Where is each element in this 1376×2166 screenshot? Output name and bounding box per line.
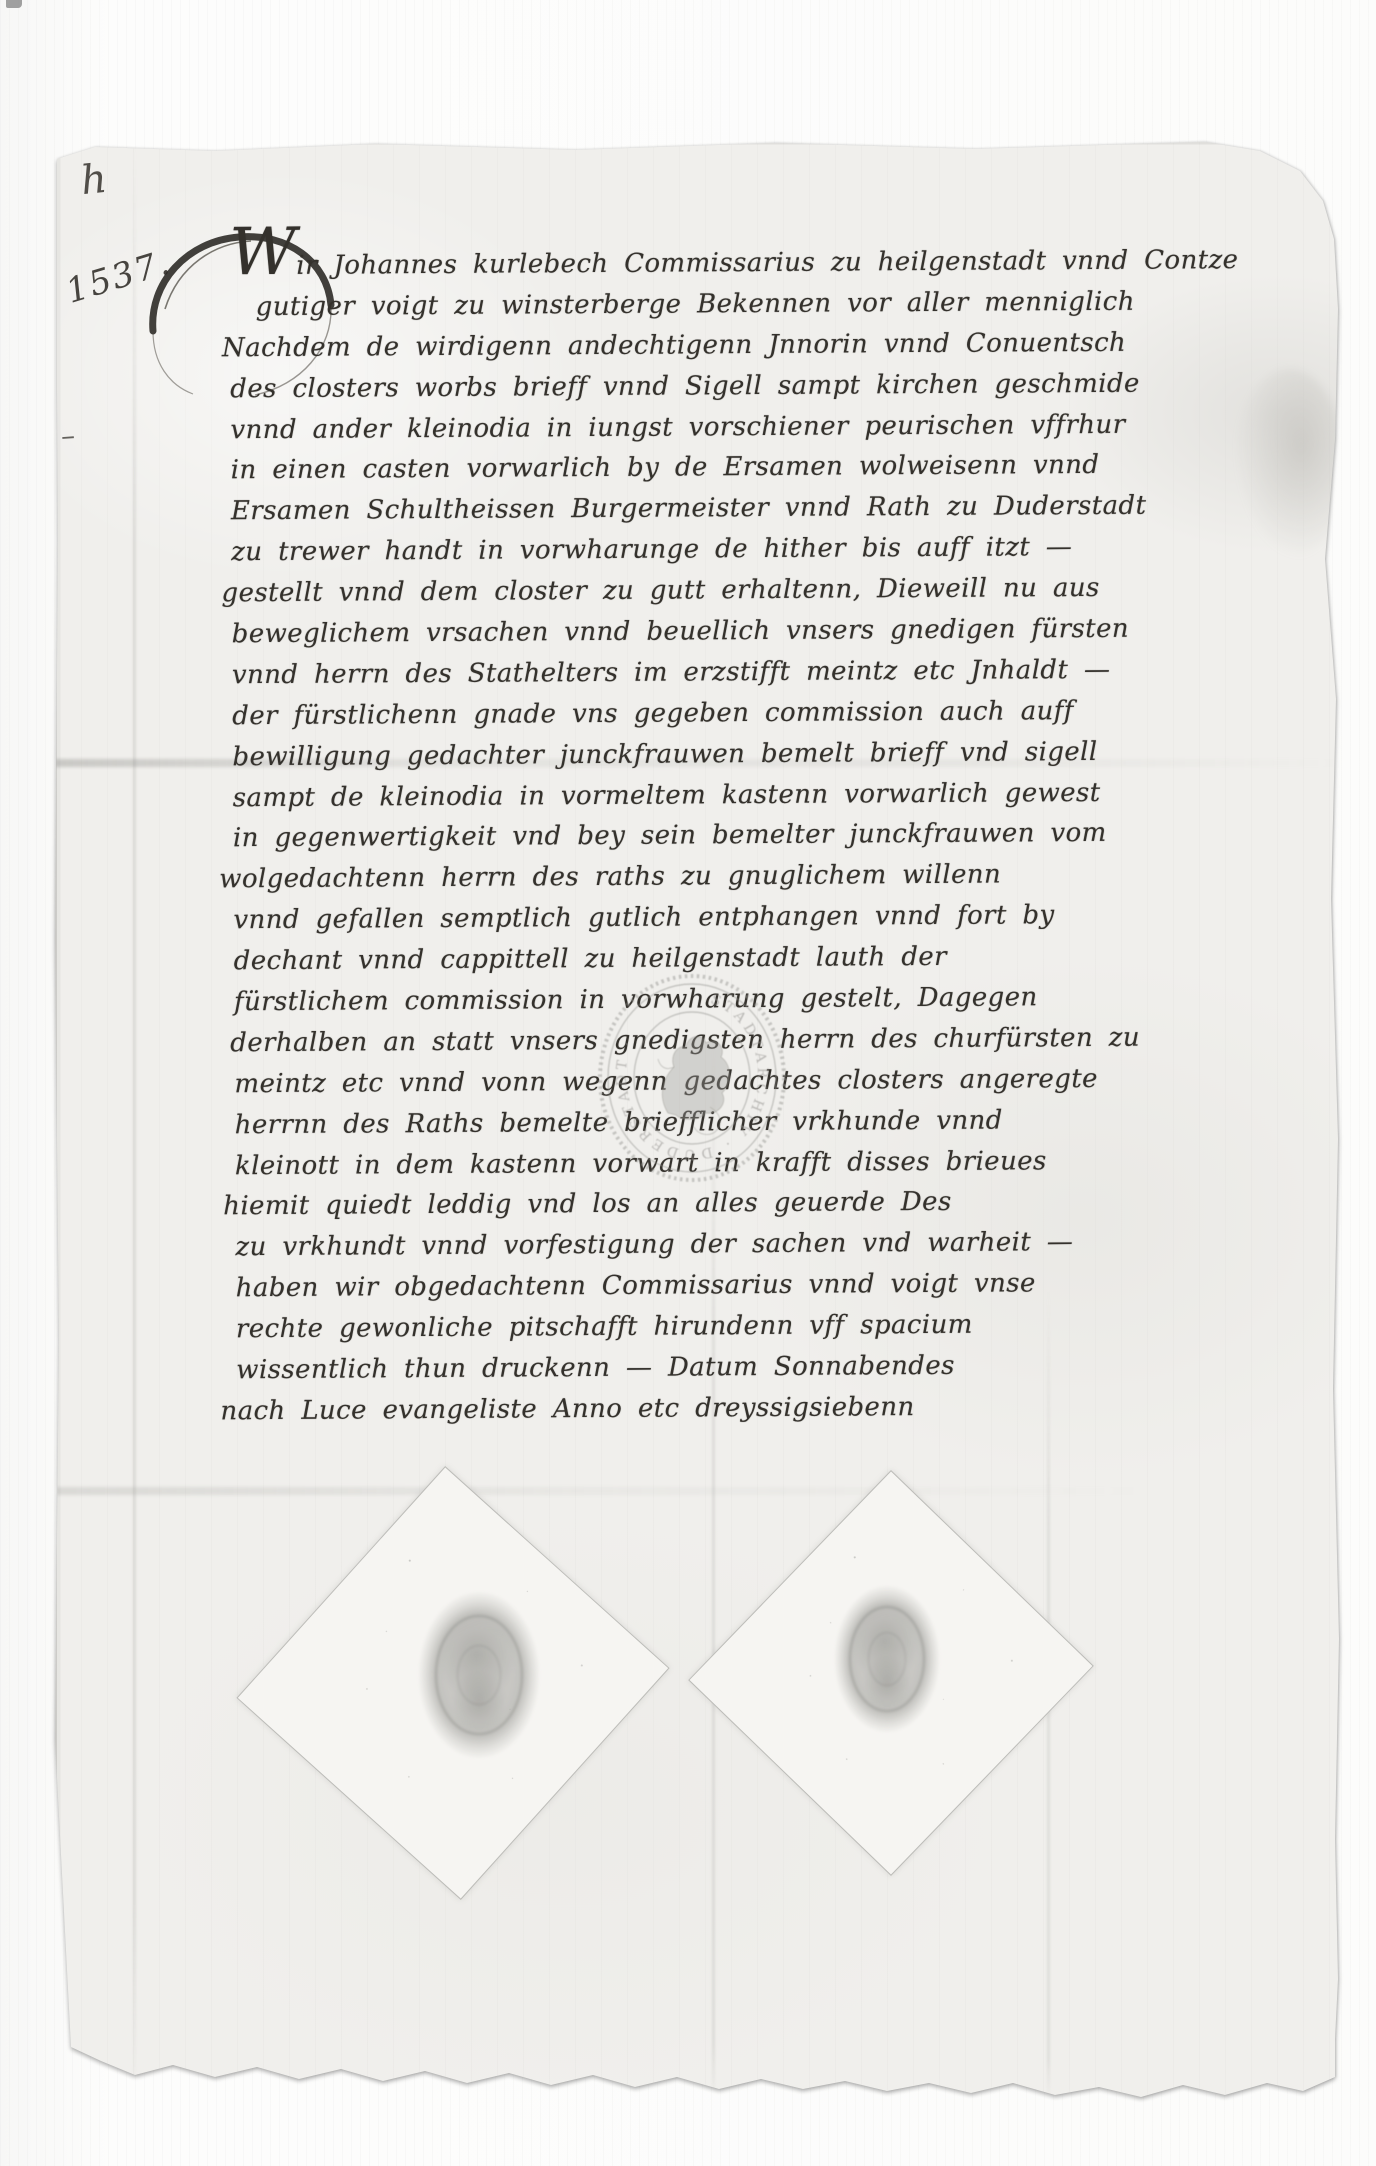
- fold-crease-horizontal-lower: [55, 1487, 1341, 1495]
- manuscript-line: vnnd herrn des Stathelters im erzstifft …: [232, 649, 1292, 696]
- manuscript-line: Wir Johannes kurlebech Commissarius zu h…: [229, 240, 1289, 287]
- manuscript-text-block: Wir Johannes kurlebech Commissarius zu h…: [229, 240, 1296, 1432]
- manuscript-line: wolgedachtenn herrn des raths zu gnuglic…: [219, 853, 1293, 900]
- manuscript-line: beweglichem vrsachen vnnd beuellich vnse…: [232, 608, 1292, 655]
- archival-shelfmark: h: [79, 156, 109, 204]
- manuscript-line: Ersamen Schultheissen Burgermeister vnnd…: [231, 485, 1291, 532]
- manuscript-line: der fürstlichenn gnade vns gegeben commi…: [232, 690, 1292, 737]
- manuscript-line: rechte gewonliche pitschafft hirundenn v…: [236, 1303, 1296, 1350]
- manuscript-line: gestellt vnnd dem closter zu gutt erhalt…: [221, 567, 1291, 614]
- manuscript-line: wissentlich thun druckenn — Datum Sonnab…: [236, 1344, 1296, 1391]
- manuscript-line: nach Luce evangeliste Anno etc dreyssigs…: [220, 1385, 1296, 1432]
- margin-dash-mark: –: [60, 419, 76, 453]
- manuscript-line: in einen casten vorwarlich by de Ersamen…: [231, 444, 1291, 491]
- wax-seal-left: [418, 1591, 540, 1759]
- manuscript-line: in gegenwertigkeit vnd bey sein bemelter…: [233, 812, 1293, 859]
- manuscript-line: zu trewer handt in vorwharunge de hither…: [231, 526, 1291, 573]
- manuscript-line: Nachdem de wirdigenn andechtigenn Jnnori…: [222, 322, 1290, 369]
- fold-crease-vertical-left: [133, 139, 136, 2099]
- seal-impression-ring-inner: [457, 1645, 501, 1706]
- manuscript-line: sampt de kleinodia in vormeltem kastenn …: [233, 771, 1293, 818]
- manuscript-line: vnnd gefallen semptlich gutlich entphang…: [233, 894, 1293, 941]
- wax-seal-right: [834, 1585, 940, 1733]
- scanned-document-page: { "colors": { "ink": "#35322d", "paper":…: [0, 0, 1376, 2166]
- manuscript-sheet-wrapper: h 1537. – Wir Johannes kurlebech Commiss…: [55, 139, 1341, 2099]
- scan-artifact-speck: [6, 0, 22, 8]
- manuscript-line: des closters worbs brieff vnnd Sigell sa…: [230, 362, 1290, 409]
- manuscript-line: vnnd ander kleinodia in iungst vorschien…: [230, 403, 1290, 450]
- manuscript-line: haben wir obgedachtenn Commissarius vnnd…: [236, 1262, 1296, 1309]
- seal-impression-ring-inner: [868, 1632, 906, 1685]
- lion-rampant-icon: [658, 1037, 729, 1135]
- archive-stamp: · STADTARCHIV · DUDERSTADT ·: [590, 967, 794, 1189]
- manuscript-sheet: h 1537. – Wir Johannes kurlebech Commiss…: [55, 139, 1341, 2099]
- manuscript-line: bewilligung gedachter junckfrauwen bemel…: [232, 730, 1292, 777]
- manuscript-line: gutiger voigt zu winsterberge Bekennen v…: [256, 281, 1290, 328]
- manuscript-line: zu vrkhundt vnnd vorfestigung der sachen…: [235, 1221, 1295, 1268]
